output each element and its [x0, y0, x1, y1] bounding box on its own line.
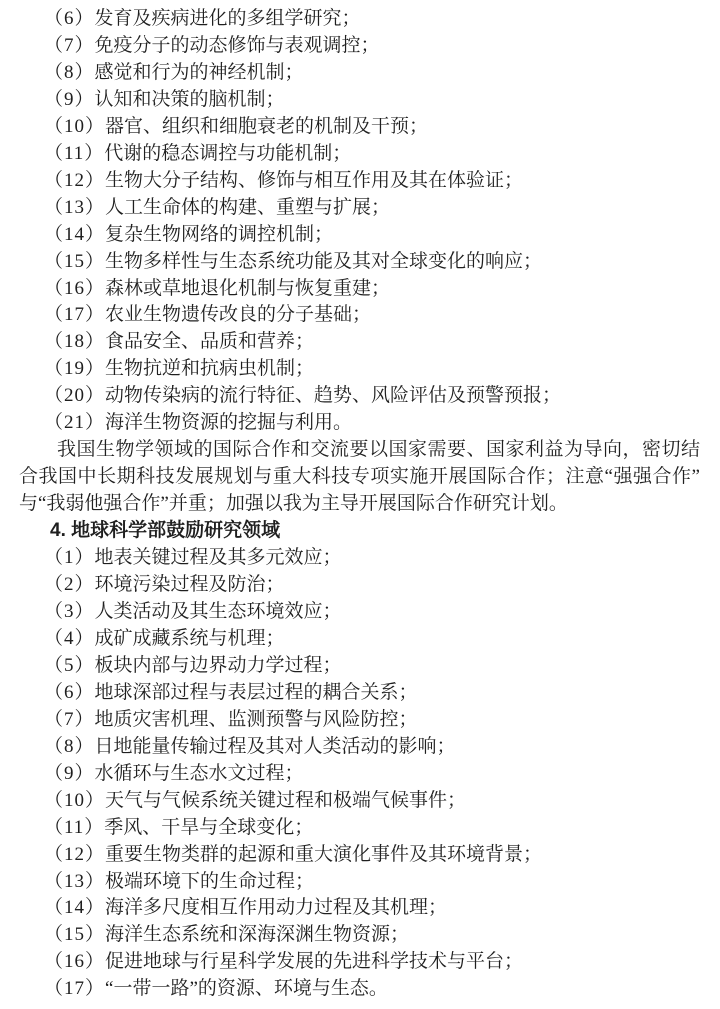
list-item: （8）感觉和行为的神经机制；: [19, 60, 700, 87]
list-item: （7）地质灾害机理、监测预警与风险防控；: [19, 707, 700, 734]
earth-science-section-heading: 4. 地球科学部鼓励研究领域: [19, 518, 700, 545]
list-item: （12）重要生物类群的起源和重大演化事件及其环境背景；: [19, 842, 700, 869]
list-item: （3）人类活动及其生态环境效应；: [19, 599, 700, 626]
list-item: （18）食品安全、品质和营养；: [19, 329, 700, 356]
list-item: （5）板块内部与边界动力学过程；: [19, 653, 700, 680]
item-number-marker: （9）: [44, 89, 95, 110]
item-number-marker: （17）: [44, 304, 105, 325]
list-item: （6）发育及疾病进化的多组学研究；: [19, 6, 700, 33]
item-number-marker: （16）: [44, 951, 105, 972]
item-number-marker: （18）: [44, 331, 105, 352]
item-number-marker: （10）: [44, 116, 105, 137]
list-item: （10）天气与气候系统关键过程和极端气候事件；: [19, 788, 700, 815]
item-text: 海洋生态系统和深海深渊生物资源；: [105, 924, 409, 945]
list-item: （16）森林或草地退化机制与恢复重建；: [19, 276, 700, 303]
list-item: （13）极端环境下的生命过程；: [19, 869, 700, 896]
item-text: 海洋生物资源的挖掘与利用。: [105, 412, 352, 433]
item-number-marker: （4）: [44, 628, 95, 649]
item-number-marker: （6）: [44, 8, 95, 29]
item-number-marker: （13）: [44, 871, 105, 892]
item-text: 农业生物遗传改良的分子基础；: [105, 304, 371, 325]
list-item: （1）地表关键过程及其多元效应；: [19, 545, 700, 572]
biology-items-list: （6）发育及疾病进化的多组学研究； （7）免疫分子的动态修饰与表观调控； （8）…: [19, 6, 700, 437]
item-number-marker: （21）: [44, 412, 105, 433]
item-text: 日地能量传输过程及其对人类活动的影响；: [95, 736, 456, 757]
item-text: 重要生物类群的起源和重大演化事件及其环境背景；: [105, 844, 542, 865]
list-item: （15）海洋生态系统和深海深渊生物资源；: [19, 922, 700, 949]
list-item: （11）季风、干旱与全球变化；: [19, 815, 700, 842]
item-text: 生物大分子结构、修饰与相互作用及其在体验证；: [105, 170, 523, 191]
item-text: 成矿成藏系统与机理；: [95, 628, 285, 649]
item-text: 森林或草地退化机制与恢复重建；: [105, 278, 390, 299]
item-number-marker: （14）: [44, 897, 105, 918]
item-number-marker: （13）: [44, 197, 105, 218]
item-text: 水循环与生态水文过程；: [95, 763, 304, 784]
item-text: 地球深部过程与表层过程的耦合关系；: [95, 682, 418, 703]
list-item: （14）海洋多尺度相互作用动力过程及其机理；: [19, 895, 700, 922]
item-number-marker: （16）: [44, 278, 105, 299]
item-number-marker: （2）: [44, 574, 95, 595]
list-item: （14）复杂生物网络的调控机制；: [19, 222, 700, 249]
item-number-marker: （8）: [44, 736, 95, 757]
item-text: 板块内部与边界动力学过程；: [95, 655, 342, 676]
document-page: （6）发育及疾病进化的多组学研究； （7）免疫分子的动态修饰与表观调控； （8）…: [0, 0, 720, 1009]
item-text: 季风、干旱与全球变化；: [104, 817, 313, 838]
list-item: （16）促进地球与行星科学发展的先进科学技术与平台；: [19, 949, 700, 976]
item-text: 免疫分子的动态修饰与表观调控；: [95, 35, 380, 56]
item-text: 食品安全、品质和营养；: [105, 331, 314, 352]
item-text: 器官、组织和细胞衰老的机制及干预；: [105, 116, 428, 137]
item-number-marker: （15）: [44, 251, 105, 272]
item-number-marker: （11）: [44, 143, 104, 164]
item-number-marker: （7）: [44, 35, 95, 56]
list-item: （8）日地能量传输过程及其对人类活动的影响；: [19, 734, 700, 761]
list-item: （15）生物多样性与生态系统功能及其对全球变化的响应；: [19, 249, 700, 276]
list-item: （17）农业生物遗传改良的分子基础；: [19, 302, 700, 329]
item-number-marker: （12）: [44, 170, 105, 191]
item-text: 地质灾害机理、监测预警与风险防控；: [95, 709, 418, 730]
item-number-marker: （10）: [44, 790, 105, 811]
item-text: 人工生命体的构建、重塑与扩展；: [105, 197, 390, 218]
list-item: （12）生物大分子结构、修饰与相互作用及其在体验证；: [19, 168, 700, 195]
item-number-marker: （9）: [44, 763, 95, 784]
item-number-marker: （3）: [44, 601, 95, 622]
list-item: （2）环境污染过程及防治；: [19, 572, 700, 599]
item-text: 人类活动及其生态环境效应；: [95, 601, 342, 622]
item-text: 认知和决策的脑机制；: [95, 89, 285, 110]
item-text: 天气与气候系统关键过程和极端气候事件；: [105, 790, 466, 811]
list-item: （13）人工生命体的构建、重塑与扩展；: [19, 195, 700, 222]
item-text: 发育及疾病进化的多组学研究；: [95, 8, 361, 29]
item-number-marker: （15）: [44, 924, 105, 945]
item-text: 生物抗逆和抗病虫机制；: [105, 358, 314, 379]
item-number-marker: （17）: [44, 978, 105, 999]
list-item: （21）海洋生物资源的挖掘与利用。: [19, 410, 700, 437]
item-number-marker: （5）: [44, 655, 95, 676]
item-text: 代谢的稳态调控与功能机制；: [104, 143, 351, 164]
list-item: （4）成矿成藏系统与机理；: [19, 626, 700, 653]
earth-science-items-list: （1）地表关键过程及其多元效应； （2）环境污染过程及防治； （3）人类活动及其…: [19, 545, 700, 1003]
list-item: （11）代谢的稳态调控与功能机制；: [19, 141, 700, 168]
item-text: 复杂生物网络的调控机制；: [105, 224, 333, 245]
list-item: （20）动物传染病的流行特征、趋势、风险评估及预警预报；: [19, 383, 700, 410]
item-text: 极端环境下的生命过程；: [105, 871, 314, 892]
item-number-marker: （7）: [44, 709, 95, 730]
item-number-marker: （20）: [44, 385, 105, 406]
item-number-marker: （14）: [44, 224, 105, 245]
item-number-marker: （1）: [44, 547, 95, 568]
list-item: （10）器官、组织和细胞衰老的机制及干预；: [19, 114, 700, 141]
item-text: 地表关键过程及其多元效应；: [95, 547, 342, 568]
list-item: （17）“一带一路”的资源、环境与生态。: [19, 976, 700, 1003]
list-item: （7）免疫分子的动态修饰与表观调控；: [19, 33, 700, 60]
item-number-marker: （8）: [44, 62, 95, 83]
item-text: 动物传染病的流行特征、趋势、风险评估及预警预报；: [105, 385, 561, 406]
item-text: 环境污染过程及防治；: [95, 574, 285, 595]
list-item: （19）生物抗逆和抗病虫机制；: [19, 356, 700, 383]
list-item: （9）水循环与生态水文过程；: [19, 761, 700, 788]
item-text: 感觉和行为的神经机制；: [95, 62, 304, 83]
list-item: （9）认知和决策的脑机制；: [19, 87, 700, 114]
item-number-marker: （19）: [44, 358, 105, 379]
item-text: 促进地球与行星科学发展的先进科学技术与平台；: [105, 951, 523, 972]
item-number-marker: （12）: [44, 844, 105, 865]
item-text: 海洋多尺度相互作用动力过程及其机理；: [105, 897, 447, 918]
list-item: （6）地球深部过程与表层过程的耦合关系；: [19, 680, 700, 707]
item-text: 生物多样性与生态系统功能及其对全球变化的响应；: [105, 251, 542, 272]
item-number-marker: （11）: [44, 817, 104, 838]
item-number-marker: （6）: [44, 682, 95, 703]
international-cooperation-paragraph: 我国生物学领域的国际合作和交流要以国家需要、国家利益为导向，密切结合我国中长期科…: [19, 437, 700, 518]
item-text: “一带一路”的资源、环境与生态。: [105, 978, 388, 999]
